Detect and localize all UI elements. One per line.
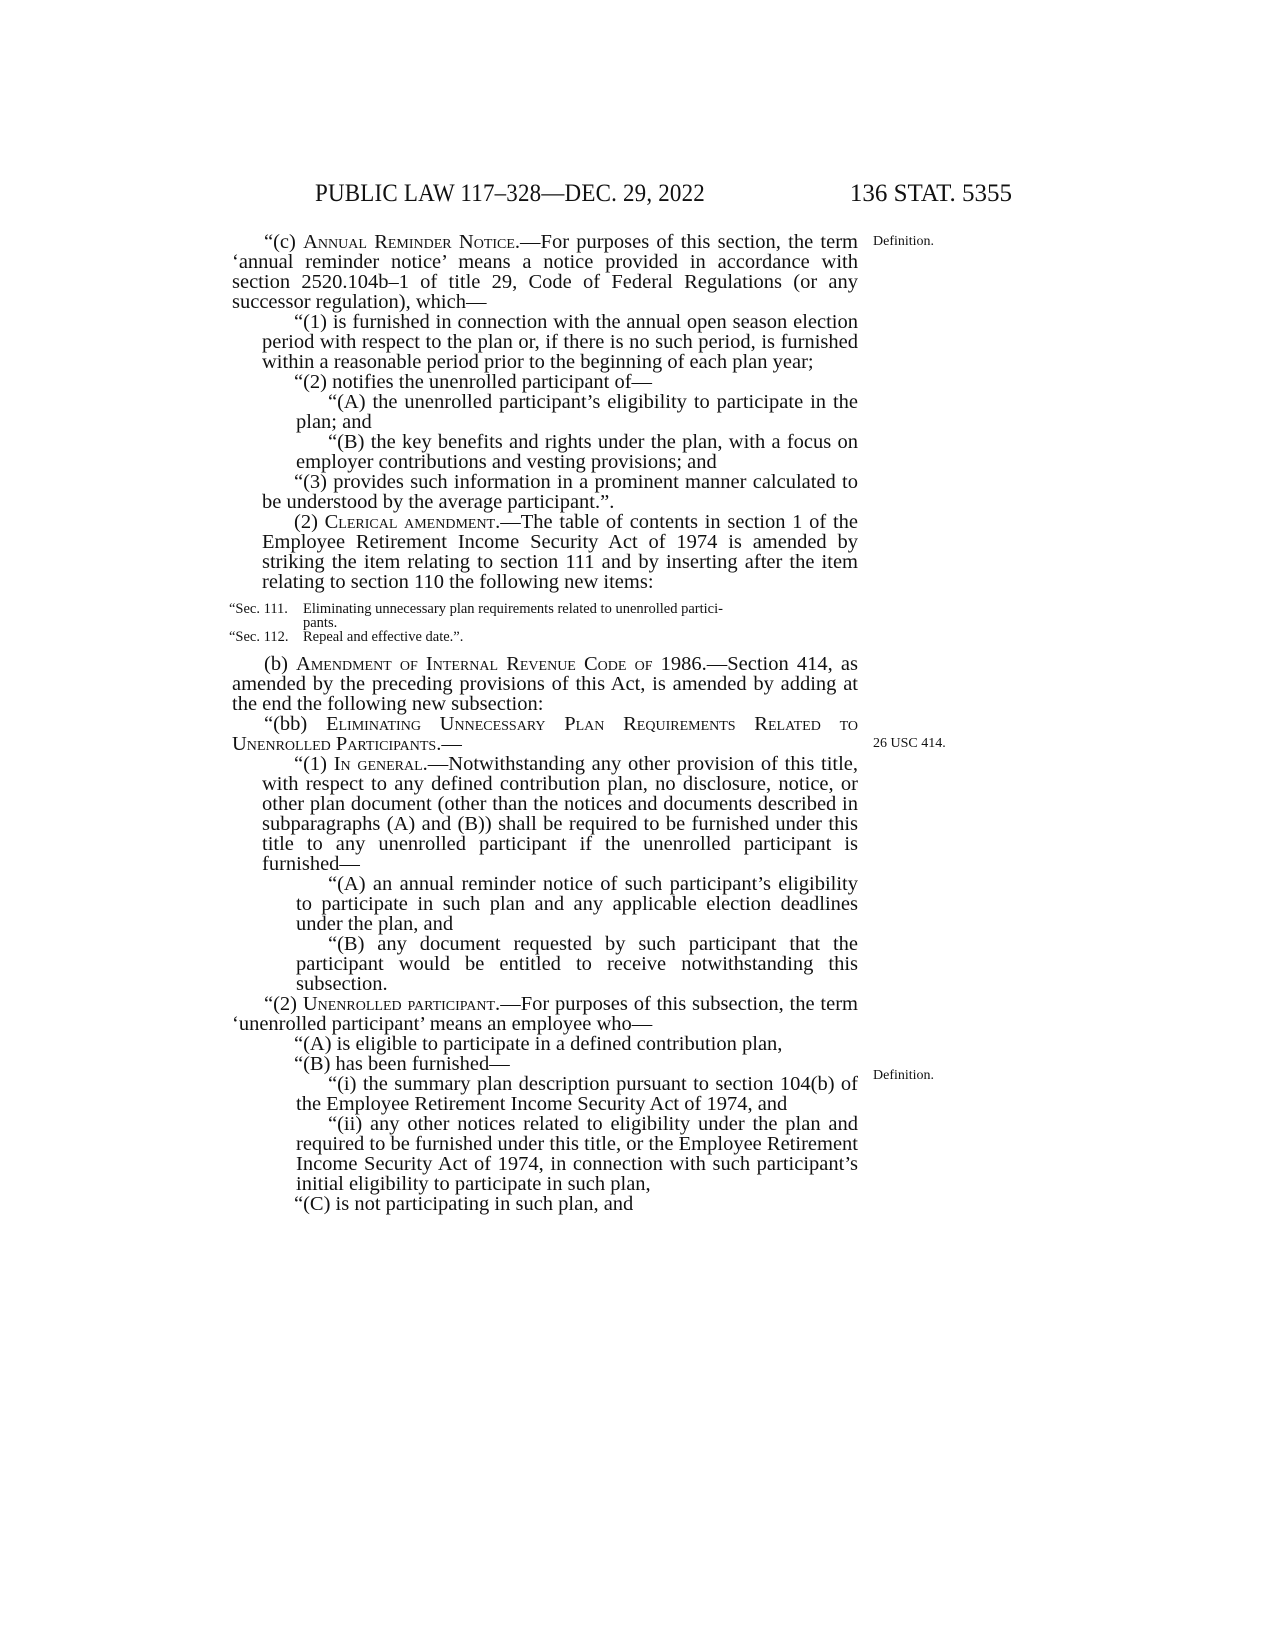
subsection-c-heading: Annual Reminder Notice. xyxy=(303,231,520,253)
clerical-heading: Clerical amendment. xyxy=(325,511,501,533)
subsection-bb-dash: — xyxy=(441,733,462,755)
subparagraph-c2a: “(A) the unenrolled participant’s eligib… xyxy=(232,392,858,432)
subparagraph-bb1a: “(A) an annual reminder notice of such p… xyxy=(232,874,858,934)
subsection-bb-prefix: “(bb) xyxy=(264,713,326,735)
subsection-c-prefix: “(c) xyxy=(264,231,303,253)
toc-item-continuation: pants. xyxy=(229,616,858,630)
paragraph-bb2: “(2) Unenrolled participant.—For purpose… xyxy=(232,994,858,1034)
subsection-b-heading: Amendment of Internal Revenue Code of 19… xyxy=(296,653,707,675)
table-of-contents-insert: “Sec. 111. Eliminating unnecessary plan … xyxy=(229,602,858,644)
margin-note-usc-citation: 26 USC 414. xyxy=(873,736,946,752)
subsection-c: “(c) Annual Reminder Notice.—For purpose… xyxy=(232,232,858,312)
subparagraph-bb1b: “(B) any document requested by such part… xyxy=(232,934,858,994)
paragraph-bb2-prefix: “(2) xyxy=(264,993,303,1015)
clerical-amendment: (2) Clerical amendment.—The table of con… xyxy=(232,512,858,592)
paragraph-c2: “(2) notifies the unenrolled participant… xyxy=(232,372,858,392)
paragraph-bb1: “(1) In general.—Notwithstanding any oth… xyxy=(232,754,858,874)
toc-item-title: Repeal and effective date.”. xyxy=(303,630,463,644)
clause-bb2b-i: “(i) the summary plan description pursua… xyxy=(232,1074,858,1114)
subsection-b: (b) Amendment of Internal Revenue Code o… xyxy=(232,654,858,714)
subparagraph-bb2a: “(A) is eligible to participate in a def… xyxy=(232,1034,858,1054)
toc-item: “Sec. 112. Repeal and effective date.”. xyxy=(229,630,858,644)
paragraph-bb1-prefix: “(1) xyxy=(294,753,334,775)
subparagraph-bb2c: “(C) is not participating in such plan, … xyxy=(232,1194,858,1214)
page-header: PUBLIC LAW 117–328—DEC. 29, 2022 136 STA… xyxy=(0,180,1275,210)
paragraph-c1: “(1) is furnished in connection with the… xyxy=(232,312,858,372)
margin-note-definition-2: Definition. xyxy=(873,1068,934,1084)
subparagraph-c2b: “(B) the key benefits and rights under t… xyxy=(232,432,858,472)
toc-item-number: “Sec. 112. xyxy=(229,630,303,644)
subparagraph-bb2b: “(B) has been furnished— xyxy=(232,1054,858,1074)
subsection-bb-title: Eliminating Unnecessary Plan Requirement… xyxy=(232,713,858,755)
toc-item-number: “Sec. 111. xyxy=(229,602,303,616)
paragraph-bb2-heading: Unenrolled participant. xyxy=(303,993,500,1015)
subsection-bb-heading: “(bb) Eliminating Unnecessary Plan Requi… xyxy=(232,714,858,754)
running-head-title: PUBLIC LAW 117–328—DEC. 29, 2022 xyxy=(315,180,705,208)
paragraph-c3: “(3) provides such information in a prom… xyxy=(232,472,858,512)
document-page: PUBLIC LAW 117–328—DEC. 29, 2022 136 STA… xyxy=(0,0,1275,1650)
statute-page-number: 136 STAT. 5355 xyxy=(682,180,1012,208)
clerical-prefix: (2) xyxy=(294,511,325,533)
clause-bb2b-ii: “(ii) any other notices related to eligi… xyxy=(232,1114,858,1194)
margin-note-definition-1: Definition. xyxy=(873,234,934,250)
statute-body: “(c) Annual Reminder Notice.—For purpose… xyxy=(232,232,858,1214)
toc-item-title: Eliminating unnecessary plan requirement… xyxy=(303,602,723,616)
subsection-b-prefix: (b) xyxy=(264,653,296,675)
paragraph-bb1-heading: In general. xyxy=(334,753,428,775)
toc-item: “Sec. 111. Eliminating unnecessary plan … xyxy=(229,602,858,616)
